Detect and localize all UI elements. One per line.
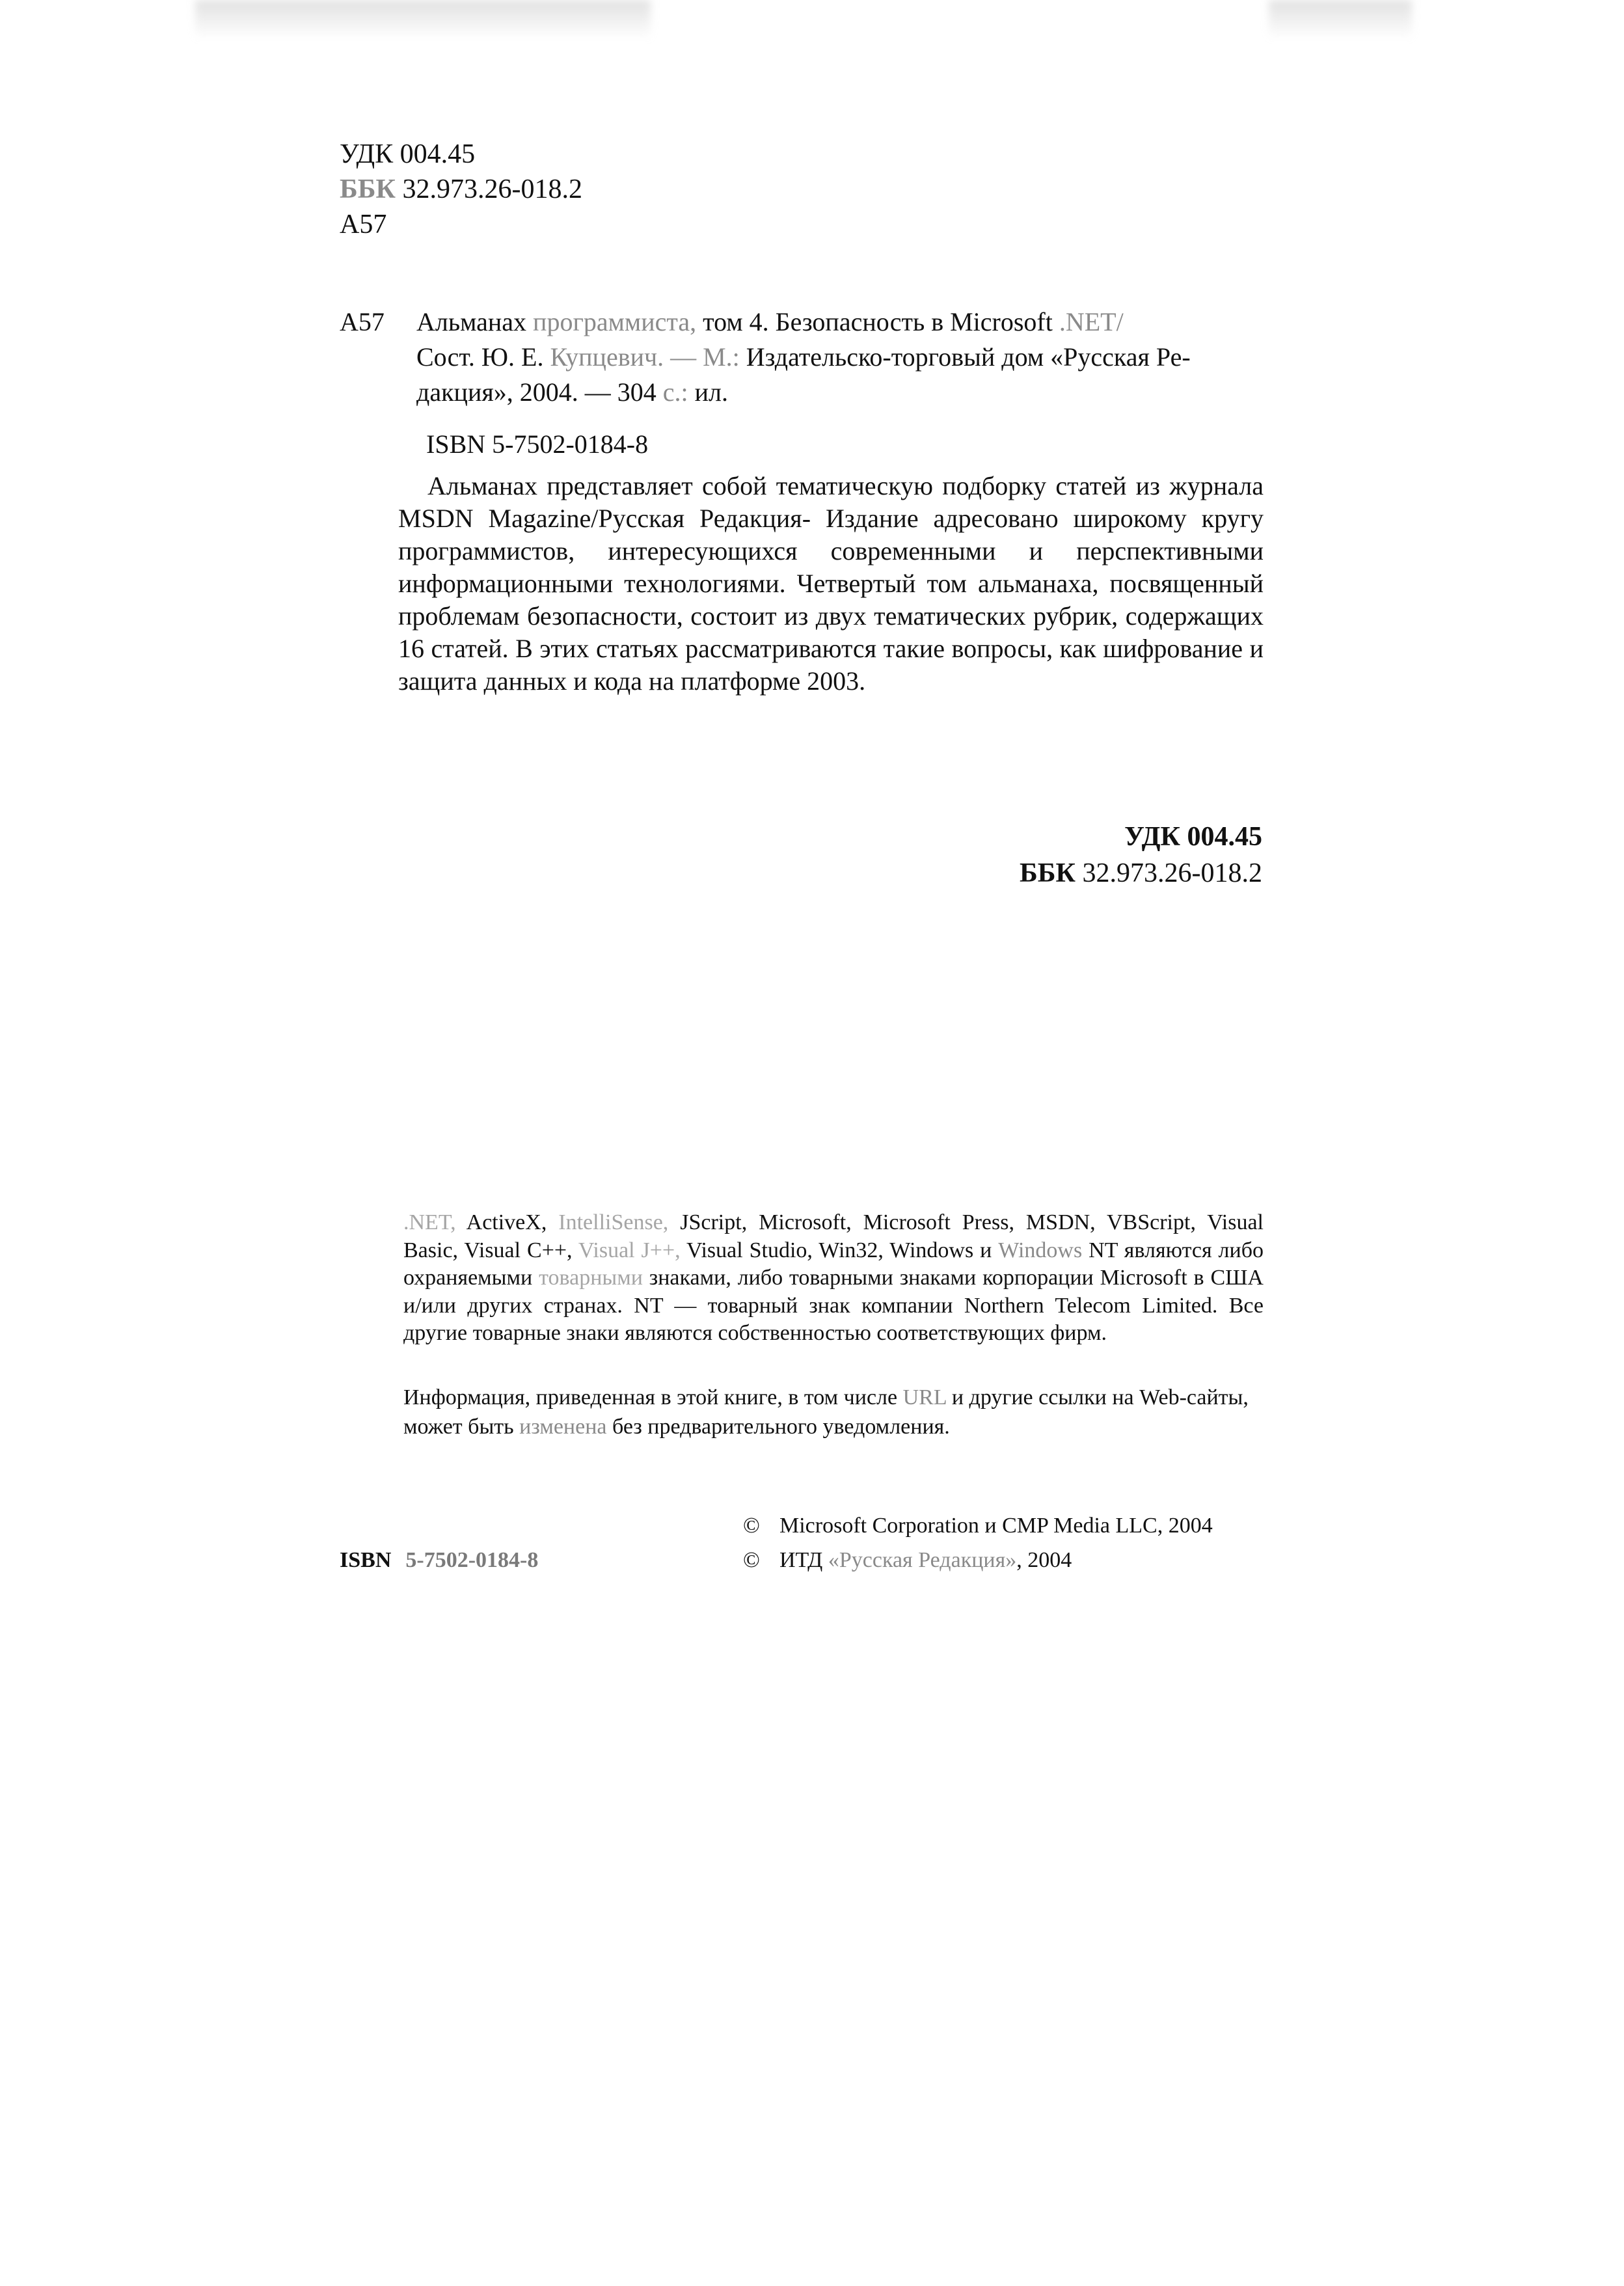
- author-mark: А57: [340, 207, 582, 242]
- bbk-label-right: ББК: [1020, 858, 1076, 888]
- bbk-code-right: ББК 32.973.26-018.2: [1020, 855, 1262, 891]
- footer-isbn: ISBN5-7502-0184-8: [340, 1547, 538, 1573]
- classification-right: УДК 004.45 ББК 32.973.26-018.2: [1020, 819, 1262, 891]
- tm-text: ActiveX,: [456, 1210, 559, 1234]
- info-text: Информация, приведенная в этой книге, в …: [403, 1385, 903, 1409]
- scan-smudge-right: [1269, 0, 1412, 39]
- abstract-paragraph: Альманах представляет собой тематическую…: [398, 470, 1264, 698]
- entry-text: ил.: [688, 377, 728, 407]
- udk-code-right: УДК 004.45: [1020, 819, 1262, 855]
- entry-isbn: ISBN 5-7502-0184-8: [340, 427, 1267, 462]
- tm-text-faded: Windows: [998, 1238, 1082, 1262]
- tm-text-faded: IntelliSense,: [558, 1210, 668, 1234]
- copyright-text: Microsoft Corporation и CMP Media LLC, 2…: [779, 1514, 1213, 1538]
- entry-text: том 4. Безопасность в Microsoft: [696, 307, 1059, 336]
- bbk-label: ББК: [340, 174, 396, 204]
- info-notice: Информация, приведенная в этой книге, в …: [403, 1383, 1264, 1441]
- classification-block: УДК 004.45 ББК 32.973.26-018.2 А57: [340, 137, 582, 242]
- copyright-icon: ©: [743, 1547, 779, 1573]
- tm-text-faded: .NET,: [403, 1210, 456, 1234]
- tm-text-faded: товарными: [539, 1266, 643, 1290]
- entry-code: А57: [340, 305, 416, 340]
- info-text-faded: изменена: [519, 1415, 606, 1439]
- info-text-faded: URL: [903, 1385, 947, 1409]
- entry-line-1: А57Альманах программиста, том 4. Безопас…: [340, 305, 1267, 340]
- tm-text-faded: Visual J++,: [578, 1238, 681, 1262]
- entry-text-faded: Купцевич. — М.:: [550, 342, 739, 372]
- bbk-value-right: 32.973.26-018.2: [1076, 858, 1262, 888]
- entry-line-3: дакция», 2004. — 304 с.: ил.: [340, 375, 1267, 410]
- copyright-line-2: ©ИТД «Русская Редакция», 2004: [743, 1547, 1072, 1573]
- tm-text: Visual Studio, Win32, Windows и: [681, 1238, 999, 1262]
- copyright-line-1: ©Microsoft Corporation и CMP Media LLC, …: [743, 1513, 1213, 1539]
- scan-smudge-left: [195, 0, 651, 39]
- trademarks-notice: .NET, ActiveX, IntelliSense, JScript, Mi…: [403, 1209, 1264, 1348]
- copyright-icon: ©: [743, 1513, 779, 1539]
- bibliographic-entry: А57Альманах программиста, том 4. Безопас…: [340, 305, 1267, 462]
- isbn-label: ISBN: [340, 1548, 391, 1572]
- entry-text: дакция», 2004. — 304: [416, 377, 663, 407]
- entry-text-faded: программиста,: [533, 307, 696, 336]
- udk-code: УДК 004.45: [340, 137, 582, 172]
- entry-text: Сост. Ю. Е.: [416, 342, 550, 372]
- entry-text: Издательско-торговый дом «Русская Ре-: [740, 342, 1191, 372]
- copyright-text: , 2004: [1016, 1548, 1072, 1572]
- entry-text: Альманах: [416, 307, 533, 336]
- entry-text-faded: с.:: [663, 377, 688, 407]
- bbk-value: 32.973.26-018.2: [396, 174, 582, 204]
- copyright-text-faded: «Русская Редакция»: [828, 1548, 1016, 1572]
- bbk-code: ББК 32.973.26-018.2: [340, 172, 582, 207]
- entry-text-faded: .NET/: [1059, 307, 1124, 336]
- info-text: без предварительного уведомления.: [607, 1415, 950, 1439]
- copyright-text: ИТД: [779, 1548, 828, 1572]
- isbn-value: 5-7502-0184-8: [405, 1548, 538, 1572]
- entry-line-2: Сост. Ю. Е. Купцевич. — М.: Издательско-…: [340, 340, 1267, 375]
